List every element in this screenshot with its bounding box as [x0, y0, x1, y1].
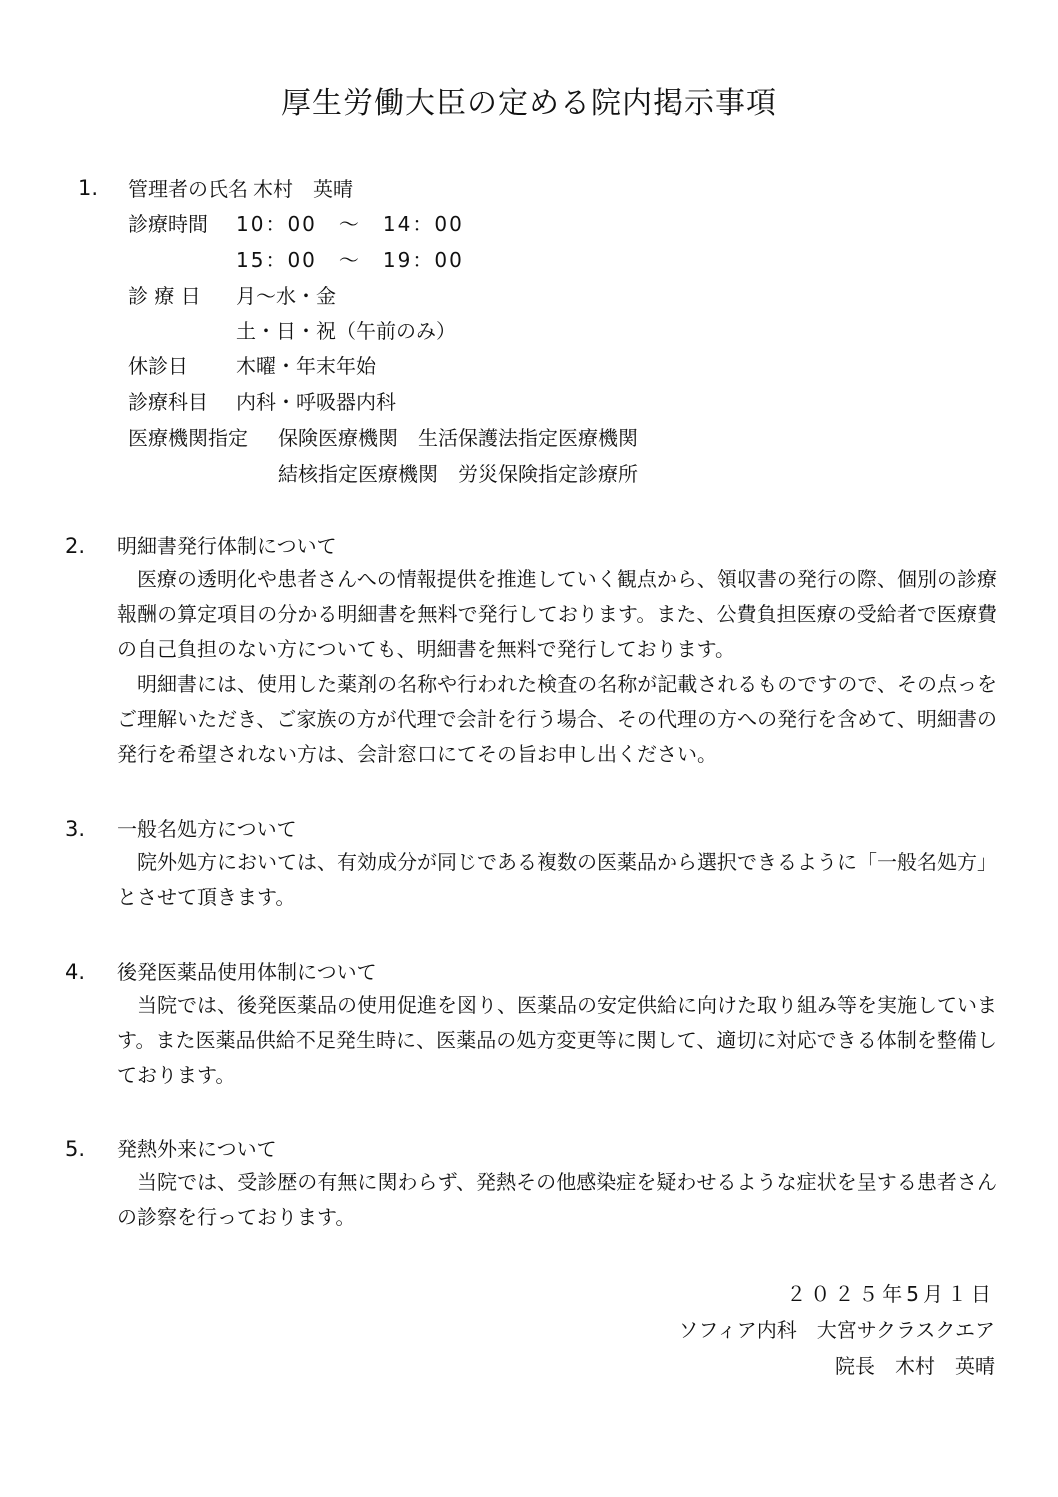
section-number: 3. — [65, 817, 85, 841]
hours-slot-2: 15：00 ～ 19：00 — [236, 248, 464, 272]
section-body: 当院では、後発医薬品の使用促進を図り、医薬品の安定供給に向けた取り組み等を実施し… — [117, 988, 997, 1093]
section-body: 医療の透明化や患者さんへの情報提供を推進していく観点から、領収書の発行の際、個別… — [117, 562, 997, 772]
paragraph: 当院では、後発医薬品の使用促進を図り、医薬品の安定供給に向けた取り組み等を実施し… — [117, 988, 997, 1093]
section-heading: 一般名処方について — [117, 817, 297, 841]
departments-label: 診療科目 — [128, 390, 208, 414]
designations-line-1: 保険医療機関 生活保護法指定医療機関 — [278, 426, 638, 450]
page-title: 厚生労働大臣の定める院内掲示事項 — [0, 78, 1058, 122]
hours-label: 診療時間 — [128, 212, 208, 236]
director-name: 院長 木村 英晴 — [835, 1350, 995, 1379]
days-value-1: 月～水・金 — [236, 284, 336, 308]
paragraph: 院外処方においては、有効成分が同じである複数の医薬品から選択できるように「一般名… — [117, 845, 997, 915]
departments-value: 内科・呼吸器内科 — [236, 390, 396, 414]
hours-slot-1: 10：00 ～ 14：00 — [236, 212, 464, 236]
manager-name: 木村 英晴 — [253, 177, 353, 201]
section-number: 2. — [65, 534, 85, 558]
section-number: 5. — [65, 1137, 85, 1161]
paragraph: 明細書には、使用した薬剤の名称や行われた検査の名称が記載されるものですので、その… — [117, 667, 997, 772]
paragraph: 医療の透明化や患者さんへの情報提供を推進していく観点から、領収書の発行の際、個別… — [117, 562, 997, 667]
section-heading: 発熱外来について — [117, 1137, 277, 1161]
designations-label: 医療機関指定 — [128, 426, 248, 450]
clinic-name: ソフィア内科 大宮サクラスクエア — [678, 1314, 995, 1343]
section-number: 4. — [65, 960, 85, 984]
manager-label: 管理者の氏名 — [128, 177, 248, 201]
paragraph: 当院では、受診歴の有無に関わらず、発熱その他感染症を疑わせるような症状を呈する患… — [117, 1165, 997, 1235]
closed-label: 休診日 — [128, 354, 188, 378]
section-body: 当院では、受診歴の有無に関わらず、発熱その他感染症を疑わせるような症状を呈する患… — [117, 1165, 997, 1235]
section-heading: 後発医薬品使用体制について — [117, 960, 377, 984]
section-heading: 明細書発行体制について — [117, 534, 337, 558]
section-number: 1. — [78, 176, 98, 200]
section-body: 院外処方においては、有効成分が同じである複数の医薬品から選択できるように「一般名… — [117, 845, 997, 915]
issue-date: ２０２５年5月１日 — [786, 1278, 995, 1307]
designations-line-2: 結核指定医療機関 労災保険指定診療所 — [278, 462, 638, 486]
days-label: 診 療 日 — [128, 284, 201, 308]
closed-value: 木曜・年末年始 — [236, 354, 376, 378]
days-value-2: 土・日・祝（午前のみ） — [236, 319, 456, 343]
